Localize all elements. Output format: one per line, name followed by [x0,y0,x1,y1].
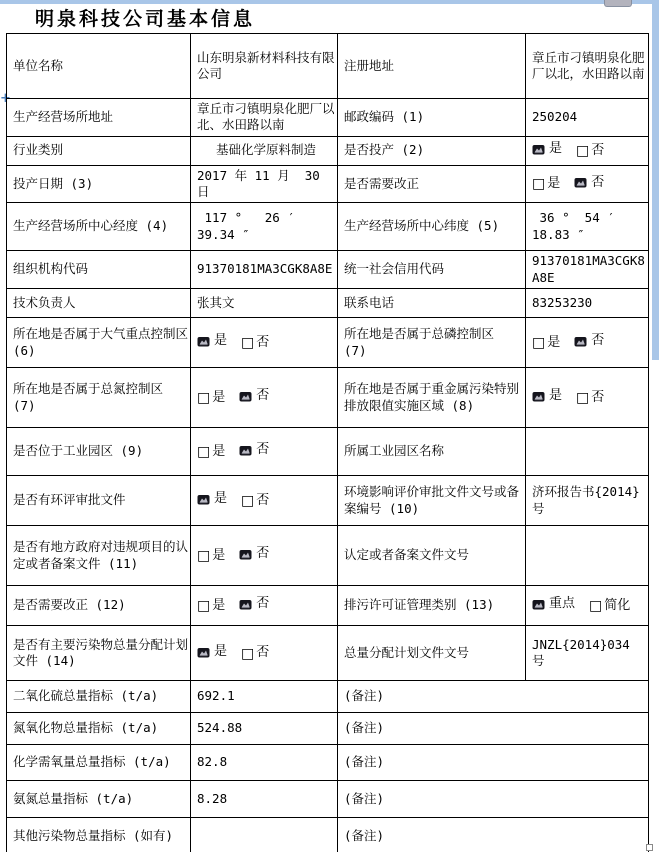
field-value-cell: 基础化学原料制造 [191,136,338,165]
table-row: 其他污染物总量指标 (如有) (备注) [7,818,649,852]
checkbox-value-cell: 是□否 [526,368,649,428]
table-row: 是否有地方政府对违规项目的认定或者备案文件 (11) □是否 认定或者备案文件文… [7,526,649,586]
field-value-cell: 张其文 [191,289,338,318]
unchecked-checkbox-icon[interactable]: □ [576,391,589,405]
checkbox-option-label: 是 [214,333,227,350]
checkbox-value-cell: □是否 [191,368,338,428]
checkbox-option-label: 是 [549,141,562,158]
checkbox-option-label: 是 [212,598,225,615]
checkbox-option-label: 否 [256,335,269,352]
checkbox-value-cell: 是□否 [526,136,649,165]
field-value-cell: 91370181MA3CGK8A8E [526,251,649,289]
field-label-cell: 排污许可证管理类别 (13) [338,586,526,626]
checkbox-option-label: 是 [212,390,225,407]
table-row: 单位名称 山东明泉新材料科技有限公司 注册地址 章丘市刁镇明泉化肥厂以北，水田路… [7,34,649,99]
checkbox-value-cell: 是□否 [191,626,338,681]
checkbox-value-cell: 是□否 [191,318,338,368]
field-label-cell: 是否需要改正 (12) [7,586,191,626]
checkbox-option[interactable]: □是 [197,390,225,407]
checkbox-option[interactable]: 是 [532,388,562,405]
table-row: 氮氧化物总量指标 (t/a) 524.88 (备注) [7,713,649,745]
checkbox-option-label: 否 [256,645,269,662]
checkbox-option-label: 是 [214,644,227,661]
checkbox-option-label: 简化 [604,598,630,615]
table-row: 是否需要改正 (12) □是否 排污许可证管理类别 (13) 重点□简化 [7,586,649,626]
field-value-cell: 章丘市刁镇明泉化肥厂以北、水田路以南 [191,99,338,137]
field-value-cell [526,526,649,586]
field-label-cell: 邮政编码 (1) [338,99,526,137]
checked-checkbox-icon[interactable] [197,494,210,505]
field-label-cell: 生产经营场所地址 [7,99,191,137]
checked-checkbox-icon[interactable] [239,599,252,610]
field-label-cell: 是否有环评审批文件 [7,476,191,526]
field-label-cell: 行业类别 [7,136,191,165]
field-label-cell: 技术负责人 [7,289,191,318]
checkbox-option[interactable]: □否 [576,143,604,160]
field-label-cell: 所在地是否属于总氮控制区 (7) [7,368,191,428]
table-row: 所在地是否属于总氮控制区 (7) □是否 所在地是否属于重金属污染特别排放限值实… [7,368,649,428]
field-value-cell: 济环报告书{2014}号 [526,476,649,526]
field-label-cell: 是否位于工业园区 (9) [7,428,191,476]
unchecked-checkbox-icon[interactable]: □ [197,391,210,405]
unchecked-checkbox-icon[interactable]: □ [241,336,254,350]
checkbox-option[interactable]: □否 [241,493,269,510]
checkbox-option-label: 否 [256,442,269,459]
checkbox-option[interactable]: 重点 [532,596,575,613]
table-row: 二氧化硫总量指标 (t/a) 692.1 (备注) [7,681,649,713]
field-label-cell: 化学需氧量总量指标 (t/a) [7,745,191,781]
field-label-cell: 氮氧化物总量指标 (t/a) [7,713,191,745]
checkbox-option[interactable]: □简化 [589,598,630,615]
checkbox-option-label: 否 [591,175,604,192]
field-label-cell: 是否需要改正 [338,165,526,203]
checkbox-option-label: 否 [256,388,269,405]
checkbox-value-cell: 重点□简化 [526,586,649,626]
table-row: 行业类别 基础化学原料制造 是否投产 (2) 是□否 [7,136,649,165]
unchecked-checkbox-icon[interactable]: □ [197,599,210,613]
remark-cell: (备注) [338,781,649,818]
table-row: 组织机构代码 91370181MA3CGK8A8E 统一社会信用代码 91370… [7,251,649,289]
checkbox-option[interactable]: 否 [239,596,269,613]
checkbox-value-cell: □是否 [191,428,338,476]
unchecked-checkbox-icon[interactable]: □ [532,336,545,350]
checkbox-option[interactable]: □是 [197,444,225,461]
checkbox-option-label: 是 [212,444,225,461]
checkbox-option-label: 是 [547,335,560,352]
unchecked-checkbox-icon[interactable]: □ [241,494,254,508]
checkbox-option-label: 是 [547,176,560,193]
table-row: 是否有主要污染物总量分配计划文件 (14) 是□否 总量分配计划文件文号 JNZ… [7,626,649,681]
checkbox-option[interactable]: 是 [532,141,562,158]
field-value-cell: 250204 [526,99,649,137]
checkbox-option-label: 重点 [549,596,575,613]
unchecked-checkbox-icon[interactable]: □ [241,647,254,661]
field-label-cell: 生产经营场所中心经度 (4) [7,203,191,251]
checkbox-option[interactable]: 否 [574,175,604,192]
checkbox-option[interactable]: □是 [532,176,560,193]
company-info-table: 单位名称 山东明泉新材料科技有限公司 注册地址 章丘市刁镇明泉化肥厂以北，水田路… [6,33,649,852]
field-value-cell: 82.8 [191,745,338,781]
field-label-cell: 单位名称 [7,34,191,99]
field-value-cell: JNZL{2014}034 号 [526,626,649,681]
field-value-cell [526,428,649,476]
checkbox-option-label: 是 [212,548,225,565]
checkbox-option[interactable]: □否 [241,645,269,662]
checkbox-option[interactable]: 是 [197,644,227,661]
checkbox-option-label: 否 [256,546,269,563]
field-label-cell: 注册地址 [338,34,526,99]
field-label-cell: 联系电话 [338,289,526,318]
table-row: 是否有环评审批文件 是□否 环境影响评价审批文件文号或备案编号 (10) 济环报… [7,476,649,526]
checkbox-option[interactable]: □是 [197,548,225,565]
checkbox-option[interactable]: 否 [239,388,269,405]
table-resize-handle[interactable] [646,844,653,851]
checkbox-option[interactable]: 否 [574,333,604,350]
document-page: + 明泉科技公司基本信息 单位名称 山东明泉新材料科技有限公司 注册地址 章丘市… [0,0,659,852]
remark-cell: (备注) [338,713,649,745]
checkbox-option[interactable]: □否 [241,335,269,352]
checkbox-value-cell: □是否 [526,318,649,368]
table-row: 化学需氧量总量指标 (t/a) 82.8 (备注) [7,745,649,781]
field-label-cell: 其他污染物总量指标 (如有) [7,818,191,852]
checkbox-option-label: 否 [591,390,604,407]
field-label-cell: 组织机构代码 [7,251,191,289]
unchecked-checkbox-icon[interactable]: □ [197,549,210,563]
checkbox-value-cell: □是否 [191,586,338,626]
checkbox-option-label: 否 [591,143,604,160]
field-label-cell: 氨氮总量指标 (t/a) [7,781,191,818]
checkbox-value-cell: 是□否 [191,476,338,526]
field-value-cell: 山东明泉新材料科技有限公司 [191,34,338,99]
field-label-cell: 是否有主要污染物总量分配计划文件 (14) [7,626,191,681]
field-label-cell: 环境影响评价审批文件文号或备案编号 (10) [338,476,526,526]
field-value-cell: 524.88 [191,713,338,745]
checkbox-option[interactable]: 否 [239,442,269,459]
field-label-cell: 所属工业园区名称 [338,428,526,476]
window-right-border [652,0,659,360]
field-label-cell: 统一社会信用代码 [338,251,526,289]
checked-checkbox-icon[interactable] [239,391,252,402]
checkbox-value-cell: □是否 [191,526,338,586]
checkbox-option[interactable]: 否 [239,546,269,563]
page-title: 明泉科技公司基本信息 [35,4,255,31]
checkbox-option-label: 否 [256,493,269,510]
remark-cell: (备注) [338,681,649,713]
checked-checkbox-icon[interactable] [532,391,545,402]
checked-checkbox-icon[interactable] [197,647,210,658]
scrollbar-thumb[interactable] [604,0,632,7]
field-label-cell: 所在地是否属于大气重点控制区 (6) [7,318,191,368]
checked-checkbox-icon[interactable] [197,336,210,347]
checkbox-value-cell: □是否 [526,165,649,203]
unchecked-checkbox-icon[interactable]: □ [589,599,602,613]
field-label-cell: 投产日期 (3) [7,165,191,203]
checked-checkbox-icon[interactable] [239,549,252,560]
remark-cell: (备注) [338,818,649,852]
field-value-cell: 36 ° 54 ′ 18.83 ″ [526,203,649,251]
table-row: 生产经营场所中心经度 (4) 117 ° 26 ′ 39.34 ″ 生产经营场所… [7,203,649,251]
field-label-cell: 是否有地方政府对违规项目的认定或者备案文件 (11) [7,526,191,586]
field-value-cell: 83253230 [526,289,649,318]
checkbox-option-label: 否 [256,596,269,613]
checkbox-option[interactable]: 是 [197,333,227,350]
checkbox-option-label: 是 [214,491,227,508]
checked-checkbox-icon[interactable] [239,445,252,456]
field-label-cell: 所在地是否属于重金属污染特别排放限值实施区域 (8) [338,368,526,428]
checkbox-option-label: 否 [591,333,604,350]
checkbox-option-label: 是 [549,388,562,405]
table-row: 所在地是否属于大气重点控制区 (6) 是□否 所在地是否属于总磷控制区 (7) … [7,318,649,368]
table-row: 是否位于工业园区 (9) □是否 所属工业园区名称 [7,428,649,476]
field-value-cell: 8.28 [191,781,338,818]
field-label-cell: 总量分配计划文件文号 [338,626,526,681]
field-label-cell: 是否投产 (2) [338,136,526,165]
checked-checkbox-icon[interactable] [532,144,545,155]
unchecked-checkbox-icon[interactable]: □ [576,144,589,158]
field-value-cell: 91370181MA3CGK8A8E [191,251,338,289]
field-value-cell: 2017 年 11 月 30 日 [191,165,338,203]
field-value-cell [191,818,338,852]
checkbox-option[interactable]: 是 [197,491,227,508]
field-label-cell: 二氧化硫总量指标 (t/a) [7,681,191,713]
table-row: 氨氮总量指标 (t/a) 8.28 (备注) [7,781,649,818]
checked-checkbox-icon[interactable] [574,177,587,188]
checked-checkbox-icon[interactable] [532,599,545,610]
field-value-cell: 692.1 [191,681,338,713]
table-row: 投产日期 (3) 2017 年 11 月 30 日 是否需要改正 □是否 [7,165,649,203]
checkbox-option[interactable]: □是 [197,598,225,615]
field-value-cell: 117 ° 26 ′ 39.34 ″ [191,203,338,251]
remark-cell: (备注) [338,745,649,781]
checked-checkbox-icon[interactable] [574,336,587,347]
field-label-cell: 所在地是否属于总磷控制区 (7) [338,318,526,368]
checkbox-option[interactable]: □是 [532,335,560,352]
table-row: 生产经营场所地址 章丘市刁镇明泉化肥厂以北、水田路以南 邮政编码 (1) 250… [7,99,649,137]
unchecked-checkbox-icon[interactable]: □ [197,445,210,459]
unchecked-checkbox-icon[interactable]: □ [532,177,545,191]
table-row: 技术负责人 张其文 联系电话 83253230 [7,289,649,318]
field-value-cell: 章丘市刁镇明泉化肥厂以北，水田路以南 [526,34,649,99]
field-label-cell: 认定或者备案文件文号 [338,526,526,586]
field-label-cell: 生产经营场所中心纬度 (5) [338,203,526,251]
checkbox-option[interactable]: □否 [576,390,604,407]
